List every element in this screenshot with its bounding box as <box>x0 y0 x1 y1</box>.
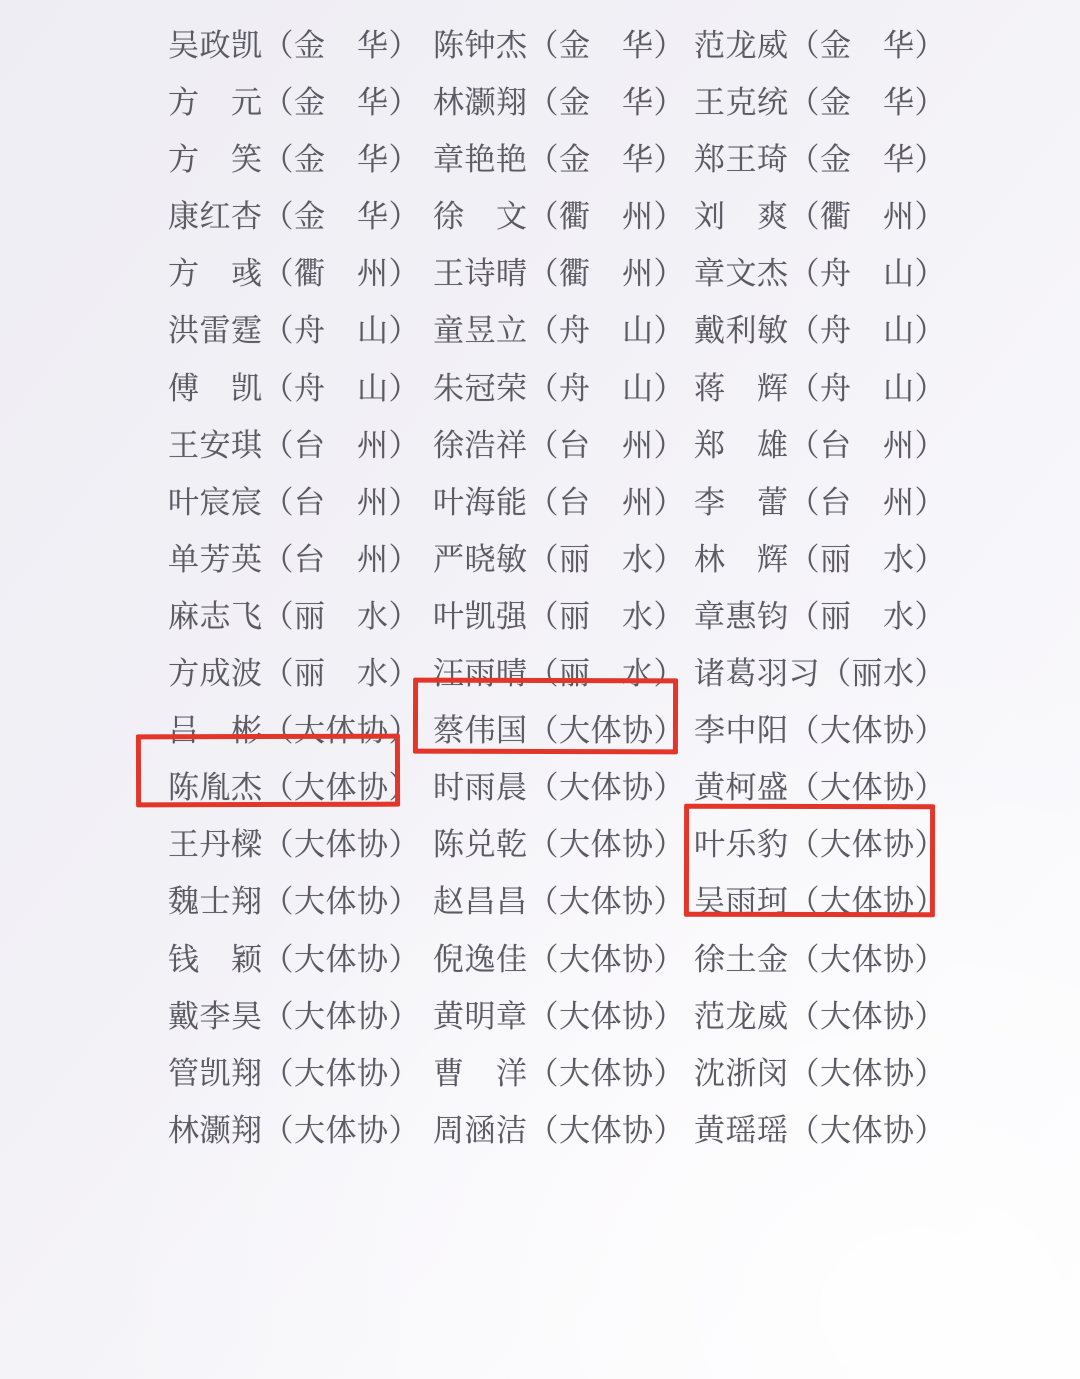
roster-entry: 周涵洁（大体协） <box>433 1102 685 1159</box>
roster-row: 方 笑（金 华） 章艳艳（金 华） 郑王琦（金 华） <box>0 131 1080 188</box>
roster-row: 王安琪（台 州） 徐浩祥（台 州） 郑 雄（台 州） <box>0 417 1080 474</box>
roster-entry: 沈浙闵（大体协） <box>694 1045 946 1102</box>
roster-entry: 陈钟杰（金 华） <box>433 17 685 74</box>
roster-entry: 吕 彬（大体协） <box>168 702 420 759</box>
roster-entry: 汪雨晴（丽 水） <box>433 645 685 702</box>
name-roster: 吴政凯（金 华） 陈钟杰（金 华） 范龙威（金 华） 方 元（金 华） 林灏翔（… <box>0 17 1080 1159</box>
roster-row: 洪雷霆（舟 山） 童昱立（舟 山） 戴利敏（舟 山） <box>0 302 1080 359</box>
roster-row: 方 元（金 华） 林灏翔（金 华） 王克统（金 华） <box>0 74 1080 131</box>
roster-entry: 方 元（金 华） <box>168 74 420 131</box>
roster-entry: 严晓敏（丽 水） <box>433 531 685 588</box>
roster-entry: 章惠钧（丽 水） <box>694 588 946 645</box>
roster-entry: 林灏翔（大体协） <box>168 1102 420 1159</box>
roster-entry: 戴利敏（舟 山） <box>694 302 946 359</box>
roster-row: 钱 颖（大体协） 倪逸佳（大体协） 徐土金（大体协） <box>0 931 1080 988</box>
roster-entry: 童昱立（舟 山） <box>433 302 685 359</box>
roster-entry: 方 彧（衢 州） <box>168 245 420 302</box>
roster-entry: 诸葛羽习（丽水） <box>694 645 946 702</box>
roster-entry: 徐 文（衢 州） <box>433 188 685 245</box>
roster-entry: 黄瑶瑶（大体协） <box>694 1102 946 1159</box>
roster-entry: 王丹樑（大体协） <box>168 816 420 873</box>
roster-entry: 麻志飞（丽 水） <box>168 588 420 645</box>
roster-entry: 叶海能（台 州） <box>433 474 685 531</box>
roster-entry: 吴雨珂（大体协） <box>694 873 946 930</box>
roster-entry: 蒋 辉（舟 山） <box>694 360 946 417</box>
roster-entry: 徐土金（大体协） <box>694 931 946 988</box>
roster-entry: 戴李昊（大体协） <box>168 988 420 1045</box>
roster-entry: 傅 凯（舟 山） <box>168 360 420 417</box>
roster-entry: 方成波（丽 水） <box>168 645 420 702</box>
roster-entry: 范龙威（金 华） <box>694 17 946 74</box>
roster-row: 麻志飞（丽 水） 叶凯强（丽 水） 章惠钧（丽 水） <box>0 588 1080 645</box>
roster-row: 管凯翔（大体协） 曹 洋（大体协） 沈浙闵（大体协） <box>0 1045 1080 1102</box>
roster-row: 叶宸宸（台 州） 叶海能（台 州） 李 蕾（台 州） <box>0 474 1080 531</box>
roster-row: 林灏翔（大体协） 周涵洁（大体协） 黄瑶瑶（大体协） <box>0 1102 1080 1159</box>
roster-entry: 王安琪（台 州） <box>168 417 420 474</box>
roster-entry: 曹 洋（大体协） <box>433 1045 685 1102</box>
roster-entry: 林 辉（丽 水） <box>694 531 946 588</box>
roster-entry: 赵昌昌（大体协） <box>433 873 685 930</box>
roster-entry: 钱 颖（大体协） <box>168 931 420 988</box>
roster-entry: 徐浩祥（台 州） <box>433 417 685 474</box>
roster-entry: 黄柯盛（大体协） <box>694 759 946 816</box>
roster-row: 戴李昊（大体协） 黄明章（大体协） 范龙威（大体协） <box>0 988 1080 1045</box>
roster-entry: 康红杏（金 华） <box>168 188 420 245</box>
roster-entry: 魏士翔（大体协） <box>168 873 420 930</box>
roster-entry: 李 蕾（台 州） <box>694 474 946 531</box>
roster-entry: 洪雷霆（舟 山） <box>168 302 420 359</box>
roster-entry: 方 笑（金 华） <box>168 131 420 188</box>
roster-row: 魏士翔（大体协） 赵昌昌（大体协） 吴雨珂（大体协） <box>0 873 1080 930</box>
roster-entry: 王克统（金 华） <box>694 74 946 131</box>
roster-entry: 范龙威（大体协） <box>694 988 946 1045</box>
roster-entry: 林灏翔（金 华） <box>433 74 685 131</box>
roster-entry: 黄明章（大体协） <box>433 988 685 1045</box>
roster-entry: 倪逸佳（大体协） <box>433 931 685 988</box>
roster-row: 吕 彬（大体协） 蔡伟国（大体协） 李中阳（大体协） <box>0 702 1080 759</box>
roster-row: 单芳英（台 州） 严晓敏（丽 水） 林 辉（丽 水） <box>0 531 1080 588</box>
roster-entry: 叶宸宸（台 州） <box>168 474 420 531</box>
roster-entry: 章艳艳（金 华） <box>433 131 685 188</box>
roster-entry: 叶凯强（丽 水） <box>433 588 685 645</box>
roster-row: 康红杏（金 华） 徐 文（衢 州） 刘 爽（衢 州） <box>0 188 1080 245</box>
roster-entry: 郑王琦（金 华） <box>694 131 946 188</box>
roster-entry: 郑 雄（台 州） <box>694 417 946 474</box>
roster-entry: 陈胤杰（大体协） <box>168 759 420 816</box>
roster-row: 傅 凯（舟 山） 朱冠荣（舟 山） 蒋 辉（舟 山） <box>0 360 1080 417</box>
roster-entry: 王诗晴（衢 州） <box>433 245 685 302</box>
roster-entry: 章文杰（舟 山） <box>694 245 946 302</box>
roster-entry: 管凯翔（大体协） <box>168 1045 420 1102</box>
scanned-document-page: 吴政凯（金 华） 陈钟杰（金 华） 范龙威（金 华） 方 元（金 华） 林灏翔（… <box>0 0 1080 1379</box>
roster-entry: 单芳英（台 州） <box>168 531 420 588</box>
roster-row: 陈胤杰（大体协） 时雨晨（大体协） 黄柯盛（大体协） <box>0 759 1080 816</box>
roster-entry: 叶乐豹（大体协） <box>694 816 946 873</box>
roster-row: 方 彧（衢 州） 王诗晴（衢 州） 章文杰（舟 山） <box>0 245 1080 302</box>
roster-entry: 蔡伟国（大体协） <box>433 702 685 759</box>
roster-row: 方成波（丽 水） 汪雨晴（丽 水） 诸葛羽习（丽水） <box>0 645 1080 702</box>
roster-row: 吴政凯（金 华） 陈钟杰（金 华） 范龙威（金 华） <box>0 17 1080 74</box>
roster-entry: 吴政凯（金 华） <box>168 17 420 74</box>
roster-entry: 李中阳（大体协） <box>694 702 946 759</box>
roster-entry: 刘 爽（衢 州） <box>694 188 946 245</box>
roster-entry: 朱冠荣（舟 山） <box>433 360 685 417</box>
roster-entry: 时雨晨（大体协） <box>433 759 685 816</box>
roster-entry: 陈兑乾（大体协） <box>433 816 685 873</box>
roster-row: 王丹樑（大体协） 陈兑乾（大体协） 叶乐豹（大体协） <box>0 816 1080 873</box>
